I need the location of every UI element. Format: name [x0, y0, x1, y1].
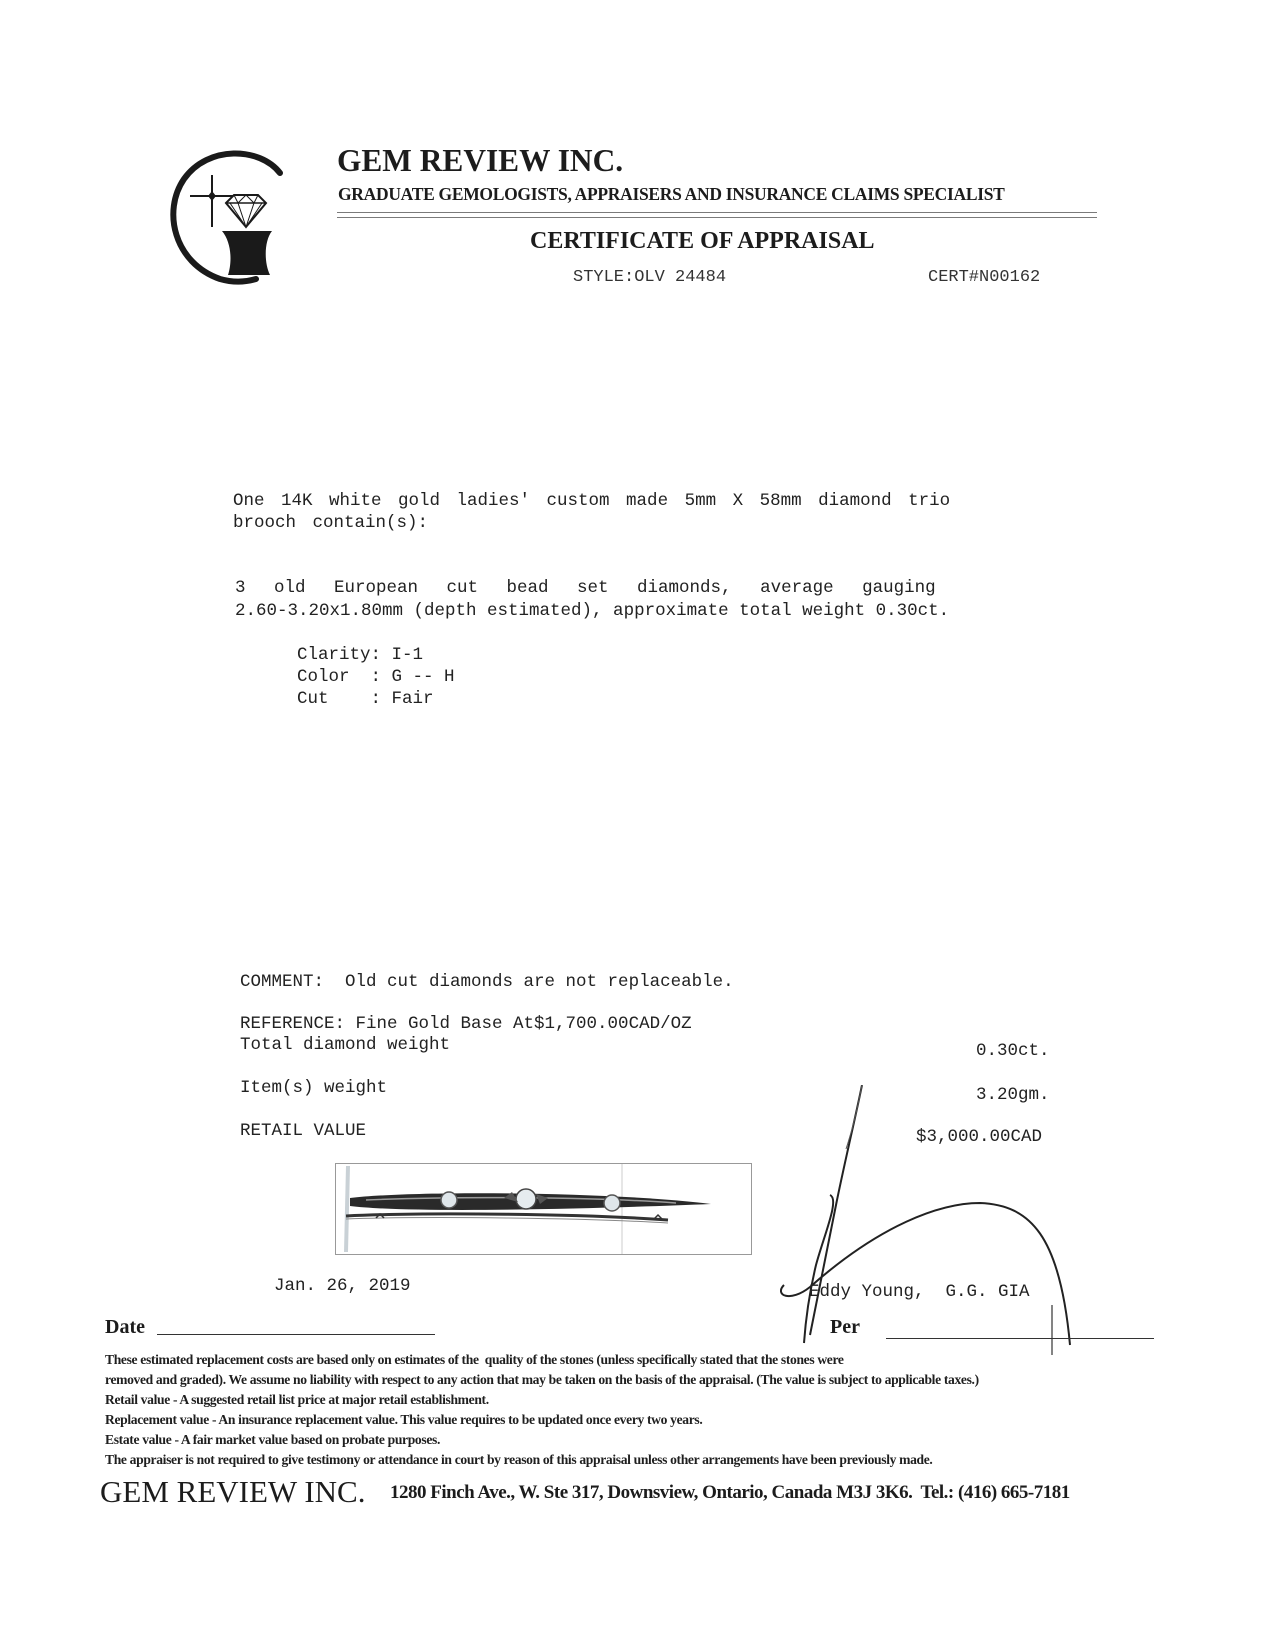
disclaimer-line: Retail value - A suggested retail list p…	[105, 1392, 489, 1408]
stones-description-line-1: 3 old European cut bead set diamonds, av…	[235, 578, 936, 598]
footer-company-name: GEM REVIEW INC.	[100, 1474, 365, 1510]
signature-mark	[780, 1085, 1110, 1355]
item-description-line-2: brooch contain(s):	[233, 513, 428, 533]
grade-value: G -- H	[392, 667, 455, 687]
grade-value: I-1	[392, 645, 424, 665]
appraisal-date: Jan. 26, 2019	[274, 1276, 411, 1296]
cert-number: CERT#N00162	[928, 268, 1040, 287]
date-label: Date	[105, 1316, 145, 1339]
disclaimer-line: These estimated replacement costs are ba…	[105, 1352, 844, 1368]
disclaimer-line: Replacement value - An insurance replace…	[105, 1412, 702, 1428]
style-number: STYLE:OLV 24484	[573, 268, 726, 287]
date-signature-line	[157, 1334, 435, 1335]
item-weight-value: 3.20gm.	[976, 1085, 1050, 1105]
per-signature-line	[886, 1338, 1154, 1339]
grade-label: Clarity:	[297, 645, 381, 665]
disclaimer-line: Estate value - A fair market value based…	[105, 1432, 440, 1448]
retail-value-amount: $3,000.00CAD	[916, 1127, 1042, 1147]
footer-address: 1280 Finch Ave., W. Ste 317, Downsview, …	[390, 1482, 1070, 1504]
document-title: CERTIFICATE OF APPRAISAL	[530, 228, 875, 255]
disclaimer-line: removed and graded). We assume no liabil…	[105, 1372, 979, 1388]
grade-clarity: Clarity: I-1	[297, 645, 423, 665]
brooch-photo	[335, 1163, 752, 1255]
per-label: Per	[830, 1316, 860, 1339]
total-diamond-weight-label: Total diamond weight	[240, 1035, 450, 1055]
grade-label: Cut :	[297, 689, 381, 709]
total-diamond-weight-value: 0.30ct.	[976, 1041, 1050, 1061]
grade-color: Color : G -- H	[297, 667, 455, 687]
comment: COMMENT: Old cut diamonds are not replac…	[240, 972, 734, 992]
stones-description-line-2: 2.60-3.20x1.80mm (depth estimated), appr…	[235, 601, 949, 621]
reference: REFERENCE: Fine Gold Base At$1,700.00CAD…	[240, 1014, 692, 1034]
appraiser-name: Eddy Young, G.G. GIA	[809, 1282, 1030, 1302]
gem-logo-icon	[168, 145, 298, 285]
grade-cut: Cut : Fair	[297, 689, 434, 709]
item-weight-label: Item(s) weight	[240, 1078, 387, 1098]
company-name: GEM REVIEW INC.	[337, 142, 623, 179]
grade-label: Color :	[297, 667, 381, 687]
retail-value-label: RETAIL VALUE	[240, 1121, 366, 1141]
company-tagline: GRADUATE GEMOLOGISTS, APPRAISERS AND INS…	[338, 184, 1005, 205]
disclaimer-line: The appraiser is not required to give te…	[105, 1452, 932, 1468]
grade-value: Fair	[392, 689, 434, 709]
item-description-line-1: One 14K white gold ladies' custom made 5…	[233, 491, 950, 511]
header-divider	[337, 212, 1097, 218]
